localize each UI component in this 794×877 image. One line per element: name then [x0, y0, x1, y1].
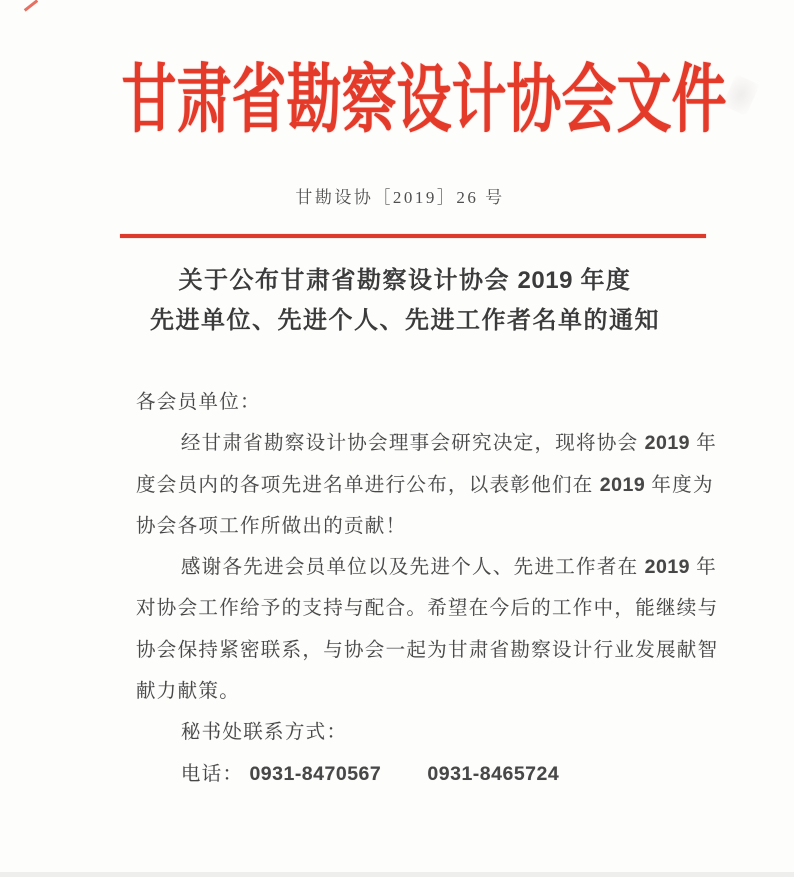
scan-artifact-red-mark [24, 0, 38, 12]
phone-number-1: 0931-8470567 [249, 763, 381, 785]
red-divider-rule [120, 234, 706, 238]
phone-label: 电话： [181, 764, 243, 785]
scan-edge-bottom [0, 872, 794, 877]
paragraph1-line3: 协会各项工作所做出的贡献！ [136, 506, 722, 547]
paragraph1-line2: 度会员内的各项先进名单进行公布，以表彰他们在 2019 年度为 [136, 465, 722, 506]
scanned-document-page: 甘肃省勘察设计协会文件 甘勘设协［2019］26 号 关于公布甘肃省勘察设计协会… [0, 0, 794, 877]
salutation: 各会员单位： [136, 382, 722, 423]
document-number: 甘勘设协［2019］26 号 [20, 183, 780, 208]
document-title-line2: 先进单位、先进个人、先进工作者名单的通知 [30, 301, 780, 341]
paragraph2-line4: 献力献策。 [136, 671, 722, 712]
phone-line: 电话： 0931-8470567 0931-8465724 [136, 754, 722, 795]
document-title-line1: 关于公布甘肃省勘察设计协会 2019 年度 [30, 261, 780, 301]
document-body: 各会员单位： 经甘肃省勘察设计协会理事会研究决定，现将协会 2019 年 度会员… [136, 382, 722, 795]
paragraph2-line2: 对协会工作给予的支持与配合。希望在今后的工作中，能继续与 [136, 588, 722, 629]
paragraph1-line1: 经甘肃省勘察设计协会理事会研究决定，现将协会 2019 年 [136, 423, 722, 464]
letterhead-org-title: 甘肃省勘察设计协会文件 [54, 40, 794, 147]
paragraph2-line1: 感谢各先进会员单位以及先进个人、先进工作者在 2019 年 [136, 547, 722, 588]
paragraph2-line3: 协会保持紧密联系，与协会一起为甘肃省勘察设计行业发展献智 [136, 630, 722, 671]
contact-heading: 秘书处联系方式： [136, 712, 722, 753]
phone-number-2: 0931-8465724 [427, 763, 559, 785]
document-title: 关于公布甘肃省勘察设计协会 2019 年度 先进单位、先进个人、先进工作者名单的… [30, 261, 780, 341]
